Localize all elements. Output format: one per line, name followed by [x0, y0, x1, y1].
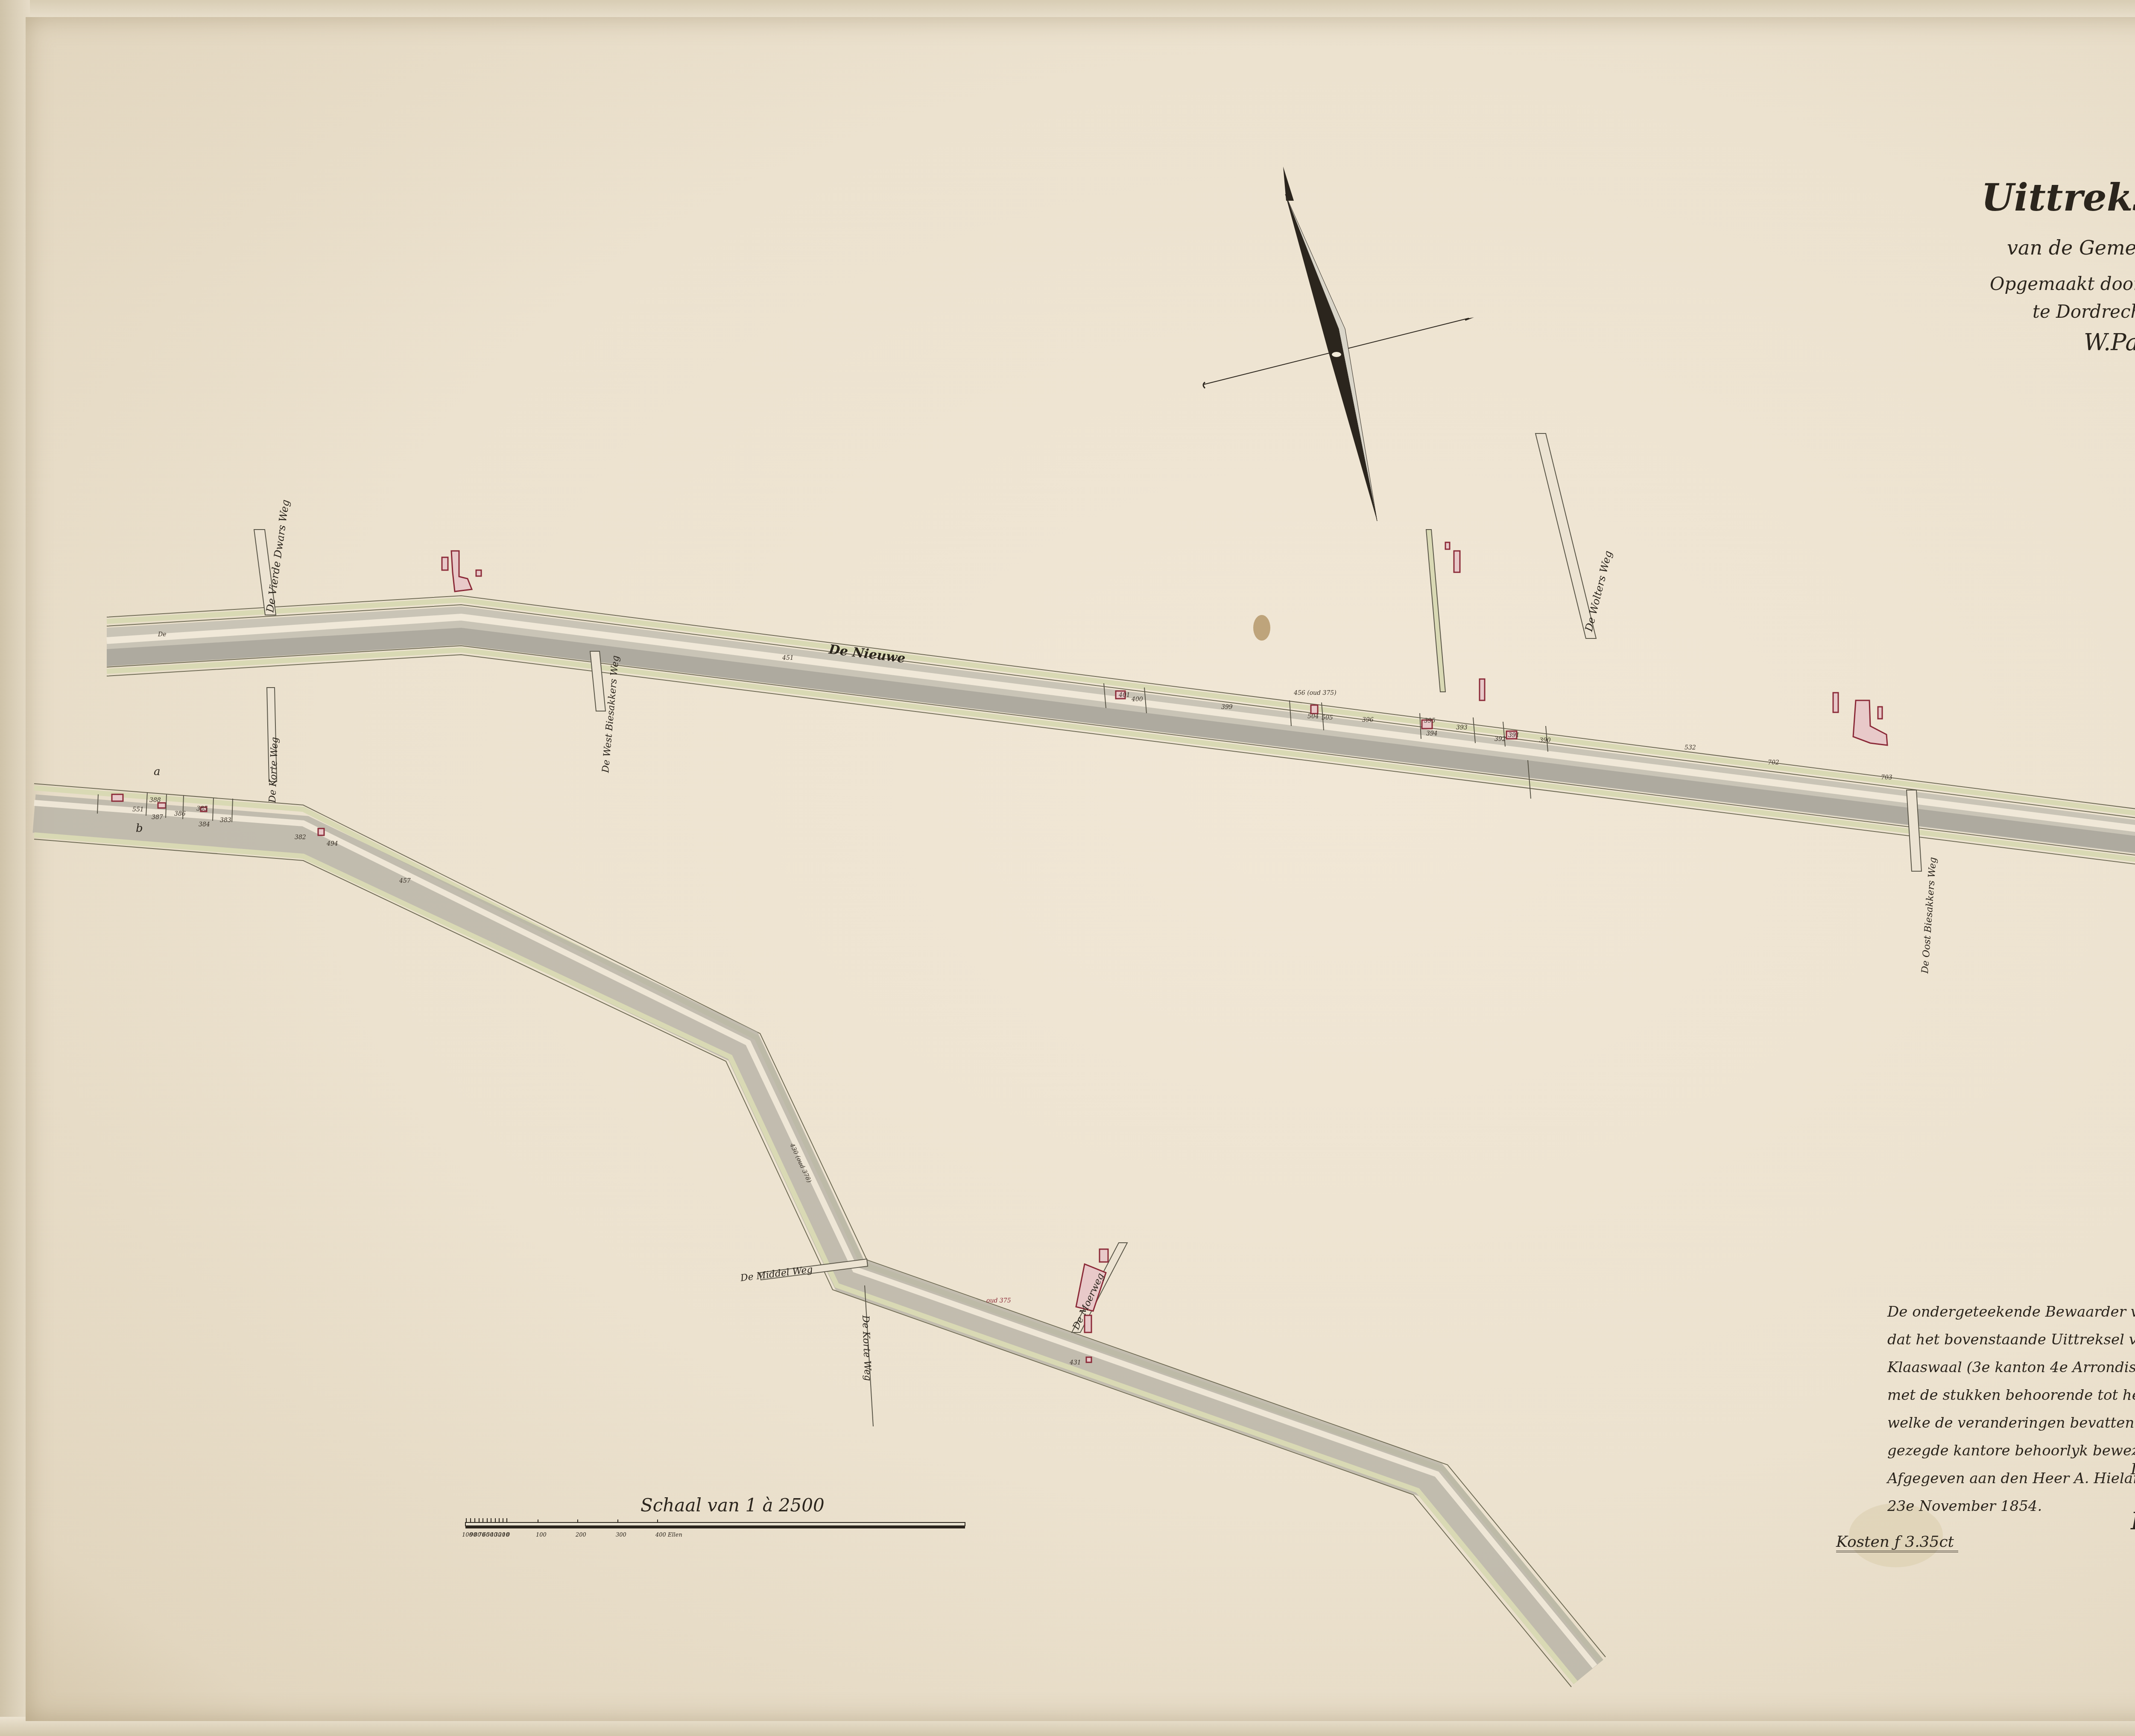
scale-tick: 300 [616, 1532, 626, 1538]
municipality-prefix: van de Gemeente [2007, 236, 2135, 259]
surveyor-signature: W.Paardekooper [2084, 329, 2135, 356]
parcel-number: 393 [1456, 724, 1468, 731]
parcel-number: 457 [399, 878, 411, 884]
parcel-number: 395 [1424, 717, 1436, 724]
parcel-number: 456 (oud 375) [1293, 690, 1337, 697]
title-heading: Uittreksel van het kadastrale plan der S… [1981, 175, 2135, 220]
parcel-number: 385 [196, 805, 208, 812]
cert-line: dat het bovenstaande Uittreksel van het … [1887, 1326, 2135, 1354]
section-marker-b: b [136, 822, 143, 835]
scale-tick: 200 [575, 1532, 586, 1538]
section-marker-a: a [154, 765, 161, 778]
parcel-number: 391 [1508, 732, 1520, 739]
cert-line: gezegde kantore behoorlyk bewezen zyn. [1887, 1437, 2135, 1465]
north-arrow-compass [1203, 167, 1474, 521]
certifier-signature: De Quartermont [2131, 1508, 2135, 1535]
parcel-number: 388 [149, 797, 161, 804]
scale-bar [465, 1518, 965, 1528]
road-label-korte-upper: De Korte Weg [267, 737, 280, 803]
title-word: Uittreksel [1981, 175, 2135, 220]
scale-tick: 0 [506, 1532, 510, 1538]
map-sheet: De Vierde Dwars Weg De West Biesakkers W… [0, 0, 2135, 1736]
scale-title: Schaal van 1 à 2500 [640, 1495, 825, 1516]
parcel-number: 394 [1426, 730, 1438, 737]
cert-line: De ondergeteekende Bewaarder van de Hypo… [1887, 1298, 2135, 1326]
buildings [112, 542, 2135, 1362]
parcel-number: 551 [132, 806, 144, 813]
title-municipality-line: van de Gemeente Kluaswaal. [2007, 222, 2135, 263]
parcel-number: 396 [1362, 717, 1374, 723]
road-label-wolters: De Wolters Weg [1582, 550, 1614, 633]
surveyor-line: Opgemaakt door mij Landmeter van het Kad… [1990, 273, 2135, 294]
parcel-number: 505 [1322, 714, 1333, 721]
parcel-number: 504 [1307, 713, 1319, 720]
parcel-number: 494 [326, 840, 338, 847]
parcel-number: 387 [152, 814, 163, 821]
certification-text: De ondergeteekende Bewaarder van de Hypo… [1887, 1298, 2135, 1520]
date-line: te Dordrecht den 1e Februarij 1855. [2033, 301, 2135, 322]
parcel-number: 702 [1768, 759, 1779, 766]
parcel-number: 703 [1881, 774, 1892, 781]
road-label-middel: De Middel Weg [740, 1264, 813, 1284]
parcel-number: 532 [1685, 744, 1696, 751]
parcel-number: De [158, 631, 167, 638]
parcel-number: 399 [1221, 704, 1233, 711]
parcel-number: 392 [1494, 736, 1506, 743]
map-drawing: De Vierde Dwars Weg De West Biesakkers W… [0, 0, 2135, 1736]
cert-line: met de stukken behoorende tot het kantoo… [1887, 1382, 2135, 1409]
parcel-number: 451 [782, 655, 794, 662]
cert-line: 23e November 1854. [1887, 1493, 2135, 1520]
lower-dike [34, 784, 1606, 1687]
parcel-number: oud 375 [986, 1297, 1011, 1304]
parcel-number: 383 [220, 817, 231, 824]
parcel-number: 400 [1131, 696, 1143, 703]
signatory-label: De Bewaarder Voornoemd [2131, 1461, 2135, 1478]
parcel-number: 386 [174, 811, 186, 817]
cert-line: Klaaswaal (3e kanton 4e Arrondissement d… [1887, 1354, 2135, 1382]
parcel-number: 390 [1539, 737, 1551, 744]
cost-note: Kosten ƒ 3.35ct [1836, 1533, 1958, 1552]
scale-tick: 100 [536, 1532, 547, 1538]
parcel-number: 382 [295, 834, 306, 841]
parcel-number: 384 [199, 821, 210, 828]
road-label-oost-biesakkers: De Oost Biesakkers Weg [1920, 857, 1939, 974]
cert-line: welke de veranderingen bevatten die op h… [1887, 1409, 2135, 1437]
parcel-number: 401 [1118, 692, 1130, 699]
cert-line: Afgegeven aan den Heer A. Hielander op d… [1887, 1465, 2135, 1493]
scale-tick: 400 Ellen [655, 1532, 682, 1538]
parcel-number: 431 [1069, 1359, 1081, 1366]
road-label-korte-lower: De Korte Weg [860, 1314, 873, 1381]
